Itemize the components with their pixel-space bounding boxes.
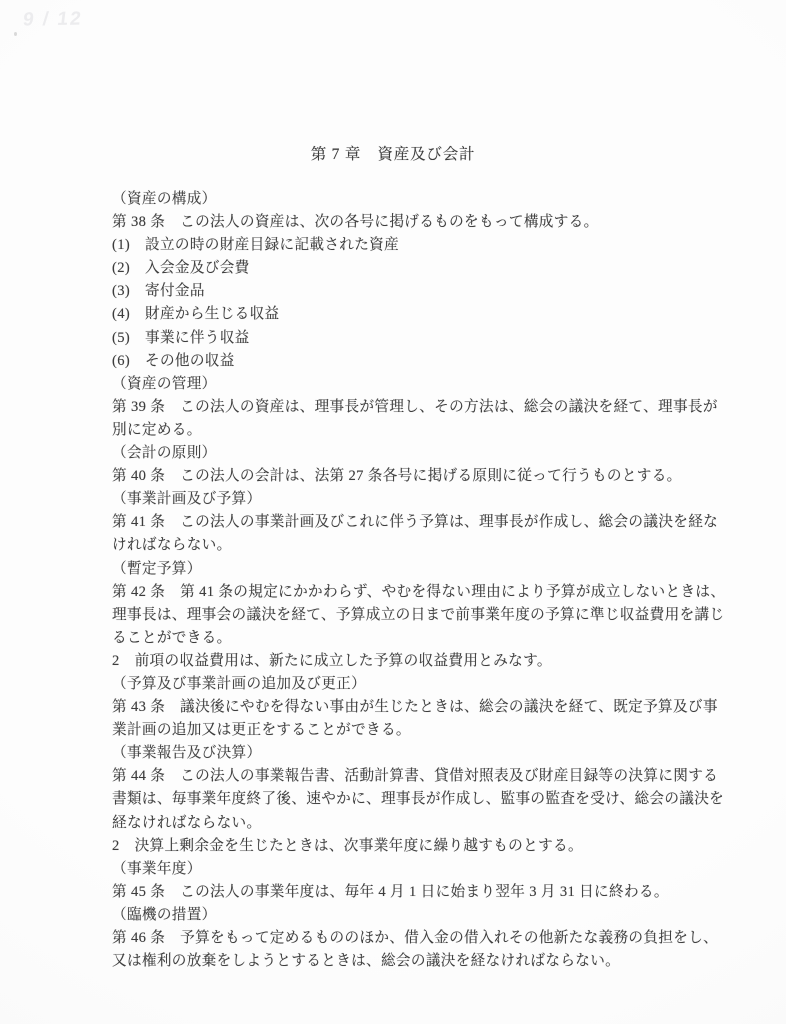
document-text-line: 2 前項の収益費用は、新たに成立した予算の収益費用とみなす。 [112, 650, 702, 673]
document-text-line: 別に定める。 [112, 419, 702, 442]
document-text-line: (1) 設立の時の財産目録に記載された資産 [112, 234, 702, 257]
chapter-title: 第 7 章 資産及び会計 [0, 142, 786, 164]
document-text-line: 業計画の追加又は更正をすることができる。 [112, 719, 702, 742]
section-heading-line: （会計の原則） [112, 442, 702, 465]
document-text-line: 第 38 条 この法人の資産は、次の各号に掲げるものをもって構成する。 [112, 211, 702, 234]
document-body: （資産の構成）第 38 条 この法人の資産は、次の各号に掲げるものをもって構成す… [112, 188, 702, 973]
section-heading-line: （事業計画及び予算） [112, 488, 702, 511]
document-text-line: 第 41 条 この法人の事業計画及びこれに伴う予算は、理事長が作成し、総会の議決… [112, 511, 702, 534]
section-heading-line: （資産の管理） [112, 373, 702, 396]
section-heading-line: （臨機の措置） [112, 904, 702, 927]
document-text-line: 第 40 条 この法人の会計は、法第 27 条各号に掲げる原則に従って行うものと… [112, 465, 702, 488]
document-text-line: (4) 財産から生じる収益 [112, 303, 702, 326]
document-text-line: 第 39 条 この法人の資産は、理事長が管理し、その方法は、総会の議決を経て、理… [112, 396, 702, 419]
document-text-line: 2 決算上剰余金を生じたときは、次事業年度に繰り越すものとする。 [112, 835, 702, 858]
document-text-line: 又は権利の放棄をしようとするときは、総会の議決を経なければならない。 [112, 950, 702, 973]
scan-speck [14, 32, 17, 36]
section-heading-line: （暫定予算） [112, 558, 702, 581]
section-heading-line: （事業年度） [112, 858, 702, 881]
document-text-line: (5) 事業に伴う収益 [112, 327, 702, 350]
page-number-watermark: 9 / 12 [22, 8, 84, 31]
document-text-line: 書類は、毎事業年度終了後、速やかに、理事長が作成し、監事の監査を受け、総会の議決… [112, 788, 702, 811]
document-text-line: (2) 入会金及び会費 [112, 257, 702, 280]
section-heading-line: （予算及び事業計画の追加及び更正） [112, 673, 702, 696]
document-text-line: 第 42 条 第 41 条の規定にかかわらず、やむを得ない理由により予算が成立し… [112, 581, 702, 604]
document-text-line: ければならない。 [112, 534, 702, 557]
document-text-line: 第 44 条 この法人の事業報告書、活動計算書、貸借対照表及び財産目録等の決算に… [112, 765, 702, 788]
section-heading-line: （事業報告及び決算） [112, 742, 702, 765]
document-text-line: (3) 寄付金品 [112, 280, 702, 303]
document-text-line: (6) その他の収益 [112, 350, 702, 373]
document-text-line: ることができる。 [112, 627, 702, 650]
section-heading-line: （資産の構成） [112, 188, 702, 211]
document-text-line: 第 46 条 予算をもって定めるもののほか、借入金の借入れその他新たな義務の負担… [112, 927, 702, 950]
document-text-line: 第 43 条 議決後にやむを得ない事由が生じたときは、総会の議決を経て、既定予算… [112, 696, 702, 719]
document-text-line: 第 45 条 この法人の事業年度は、毎年 4 月 1 日に始まり翌年 3 月 3… [112, 881, 702, 904]
document-text-line: 理事長は、理事会の議決を経て、予算成立の日まで前事業年度の予算に準じ収益費用を講… [112, 604, 702, 627]
scanned-document-page: 9 / 12 第 7 章 資産及び会計 （資産の構成）第 38 条 この法人の資… [0, 0, 786, 1024]
document-text-line: 経なければならない。 [112, 812, 702, 835]
